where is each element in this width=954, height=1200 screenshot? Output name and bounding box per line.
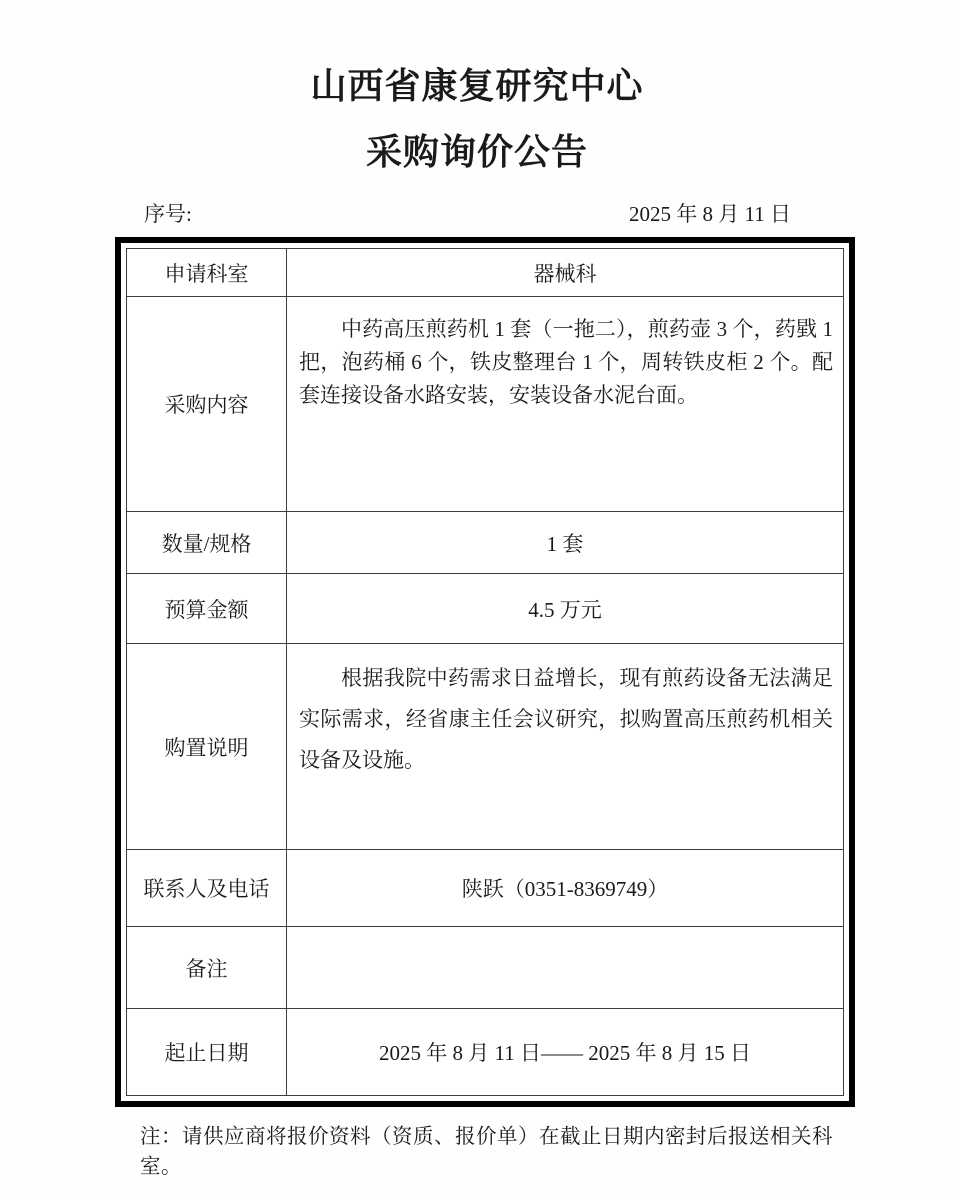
meta-row: 序号: 2025 年 8 月 11 日	[115, 198, 855, 228]
row-label-quantity: 数量/规格	[127, 512, 287, 574]
row-value-content: 中药高压煎药机 1 套（一拖二），煎药壶 3 个，药戥 1 把，泡药桶 6 个，…	[287, 297, 844, 512]
footer-note: 注：请供应商将报价资料（资质、报价单）在截止日期内密封后报送相关科室。	[115, 1119, 855, 1179]
row-label-budget: 预算金额	[127, 574, 287, 644]
table-row-contact: 联系人及电话 陕跃（0351-8369749）	[127, 850, 844, 927]
procurement-table: 申请科室 器械科 采购内容 中药高压煎药机 1 套（一拖二），煎药壶 3 个，药…	[126, 248, 844, 1096]
row-label-department: 申请科室	[127, 249, 287, 297]
serial-label: 序号:	[144, 198, 192, 228]
row-value-reason: 根据我院中药需求日益增长，现有煎药设备无法满足实际需求，经省康主任会议研究，拟购…	[287, 644, 844, 850]
table-row-reason: 购置说明 根据我院中药需求日益增长，现有煎药设备无法满足实际需求，经省康主任会议…	[127, 644, 844, 850]
row-value-quantity: 1 套	[287, 512, 844, 574]
document-date: 2025 年 8 月 11 日	[629, 198, 791, 228]
row-value-budget: 4.5 万元	[287, 574, 844, 644]
row-label-contact: 联系人及电话	[127, 850, 287, 927]
row-label-remarks: 备注	[127, 927, 287, 1009]
table-row-budget: 预算金额 4.5 万元	[127, 574, 844, 644]
page-subtitle: 采购询价公告	[0, 128, 954, 176]
table-row-quantity: 数量/规格 1 套	[127, 512, 844, 574]
row-label-reason: 购置说明	[127, 644, 287, 850]
document-page: 山西省康复研究中心 采购询价公告 序号: 2025 年 8 月 11 日 申请科…	[0, 0, 954, 1200]
row-label-dates: 起止日期	[127, 1009, 287, 1096]
table-row-content: 采购内容 中药高压煎药机 1 套（一拖二），煎药壶 3 个，药戥 1 把，泡药桶…	[127, 297, 844, 512]
table-row-dates: 起止日期 2025 年 8 月 11 日—— 2025 年 8 月 15 日	[127, 1009, 844, 1096]
document-body: 序号: 2025 年 8 月 11 日 申请科室 器械科 采购内容 中药高压煎药…	[115, 198, 855, 1179]
table-row-department: 申请科室 器械科	[127, 249, 844, 297]
row-value-remarks	[287, 927, 844, 1009]
row-value-dates: 2025 年 8 月 11 日—— 2025 年 8 月 15 日	[287, 1009, 844, 1096]
page-title: 山西省康复研究中心	[0, 62, 954, 110]
procurement-table-frame: 申请科室 器械科 采购内容 中药高压煎药机 1 套（一拖二），煎药壶 3 个，药…	[115, 237, 855, 1107]
row-label-content: 采购内容	[127, 297, 287, 512]
row-value-contact: 陕跃（0351-8369749）	[287, 850, 844, 927]
row-value-department: 器械科	[287, 249, 844, 297]
table-row-remarks: 备注	[127, 927, 844, 1009]
